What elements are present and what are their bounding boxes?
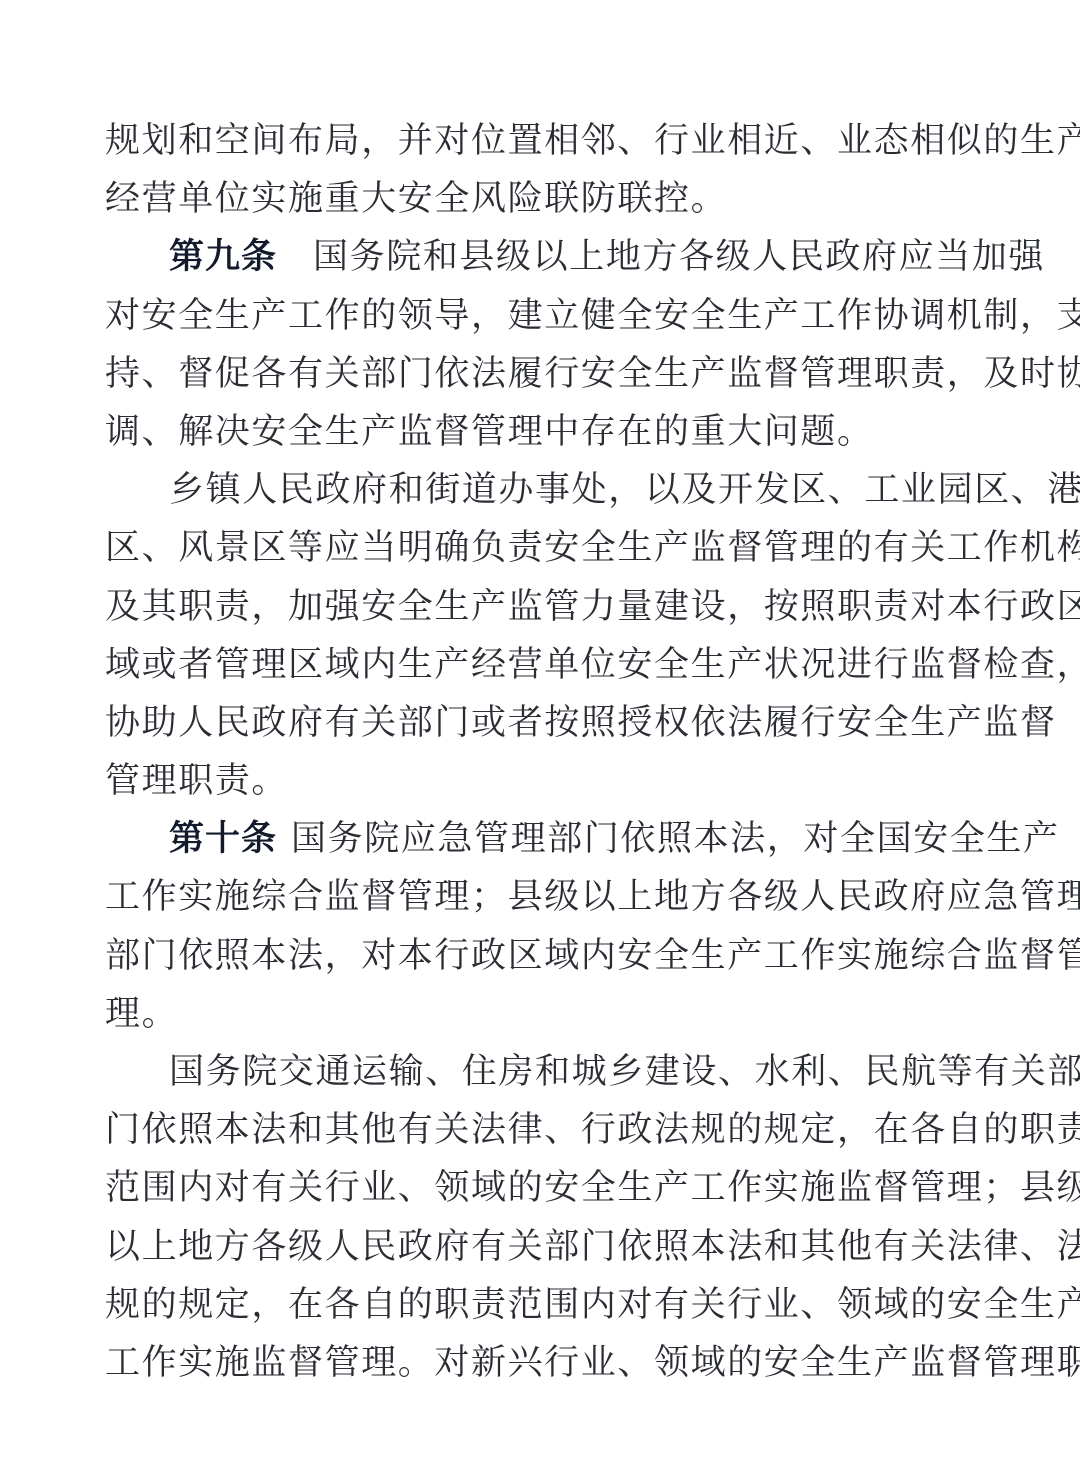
text-line: 工作实施监督管理。对新兴行业、领域的安全生产监督管理职 bbox=[105, 1334, 980, 1392]
text-line: 对安全生产工作的领导，建立健全安全生产工作协调机制，支 bbox=[105, 287, 980, 345]
article-first-line: 第九条国务院和县级以上地方各级人民政府应当加强 bbox=[105, 228, 980, 286]
text-line: 调、解决安全生产监督管理中存在的重大问题。 bbox=[105, 403, 980, 461]
text-line: 管理职责。 bbox=[105, 752, 980, 810]
text-line: 区、风景区等应当明确负责安全生产监督管理的有关工作机构 bbox=[105, 519, 980, 577]
text-line: 工作实施综合监督管理；县级以上地方各级人民政府应急管理 bbox=[105, 868, 980, 926]
document-page: 规划和空间布局，并对位置相邻、行业相近、业态相似的生产 经营单位实施重大安全风险… bbox=[105, 112, 980, 1392]
text-segment: 国务院应急管理部门依照本法，对全国安全生产 bbox=[291, 819, 1060, 859]
text-line: 经营单位实施重大安全风险联防联控。 bbox=[105, 170, 980, 228]
text-line: 理。 bbox=[105, 985, 980, 1043]
text-segment: 国务院和县级以上地方各级人民政府应当加强 bbox=[313, 237, 1045, 277]
text-line: 及其职责，加强安全生产监管力量建设，按照职责对本行政区 bbox=[105, 578, 980, 636]
text-line: 以上地方各级人民政府有关部门依照本法和其他有关法律、法 bbox=[105, 1218, 980, 1276]
article-9: 第九条国务院和县级以上地方各级人民政府应当加强 对安全生产工作的领导，建立健全安… bbox=[105, 228, 980, 461]
text-line: 协助人民政府有关部门或者按照授权依法履行安全生产监督 bbox=[105, 694, 980, 752]
article-10: 第十条国务院应急管理部门依照本法，对全国安全生产 工作实施综合监督管理；县级以上… bbox=[105, 810, 980, 1043]
text-line: 门依照本法和其他有关法律、行政法规的规定，在各自的职责 bbox=[105, 1101, 980, 1159]
article-10-paragraph-2: 国务院交通运输、住房和城乡建设、水利、民航等有关部 门依照本法和其他有关法律、行… bbox=[105, 1043, 980, 1392]
paragraph-continuation: 规划和空间布局，并对位置相邻、行业相近、业态相似的生产 经营单位实施重大安全风险… bbox=[105, 112, 980, 228]
text-line: 域或者管理区域内生产经营单位安全生产状况进行监督检查， bbox=[105, 636, 980, 694]
text-line: 范围内对有关行业、领域的安全生产工作实施监督管理；县级 bbox=[105, 1159, 980, 1217]
text-line: 持、督促各有关部门依法履行安全生产监督管理职责，及时协 bbox=[105, 345, 980, 403]
text-line: 乡镇人民政府和街道办事处，以及开发区、工业园区、港 bbox=[105, 461, 980, 519]
article-first-line: 第十条国务院应急管理部门依照本法，对全国安全生产 bbox=[105, 810, 980, 868]
article-label: 第九条 bbox=[169, 237, 277, 277]
text-line: 规划和空间布局，并对位置相邻、行业相近、业态相似的生产 bbox=[105, 112, 980, 170]
text-line: 部门依照本法，对本行政区域内安全生产工作实施综合监督管 bbox=[105, 927, 980, 985]
article-label: 第十条 bbox=[169, 819, 277, 859]
text-line: 国务院交通运输、住房和城乡建设、水利、民航等有关部 bbox=[105, 1043, 980, 1101]
article-9-paragraph-2: 乡镇人民政府和街道办事处，以及开发区、工业园区、港 区、风景区等应当明确负责安全… bbox=[105, 461, 980, 810]
text-line: 规的规定，在各自的职责范围内对有关行业、领域的安全生产 bbox=[105, 1276, 980, 1334]
